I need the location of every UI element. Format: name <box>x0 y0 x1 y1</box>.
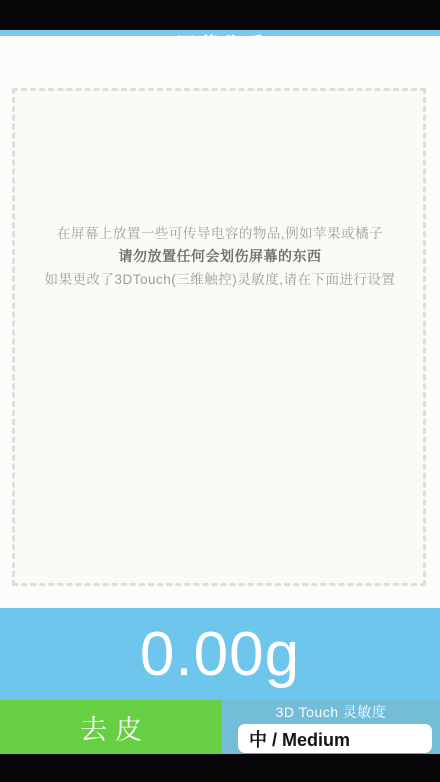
sensitivity-selected-value: 中 / Medium <box>249 726 350 752</box>
tare-button[interactable]: 去皮 <box>0 700 222 754</box>
instructions: 在屏幕上放置一些可传导电容的物品,例如苹果或橘子 请勿放置任何会划伤屏幕的东西 … <box>0 222 440 291</box>
sensitivity-panel: 3D Touch 灵敏度 中 / Medium <box>222 700 440 754</box>
weight-display-section: 0.00g <box>0 608 440 700</box>
bottom-toolbar: 去皮 3D Touch 灵敏度 中 / Medium <box>0 700 440 754</box>
tare-button-label: 去皮 <box>72 708 150 747</box>
sensitivity-label: 3D Touch 灵敏度 <box>222 703 440 722</box>
bottom-black-bar <box>0 754 440 782</box>
sensitivity-select[interactable]: 中 / Medium <box>238 724 432 753</box>
screen-weighing-app: 屏幕称重 在屏幕上放置一些可传导电容的物品,例如苹果或橘子 请勿放置任何会划伤屏… <box>0 0 440 782</box>
weight-value: 0.00g <box>140 619 300 690</box>
top-black-bar <box>0 0 440 30</box>
instruction-line-3: 如果更改了3DTouch(三维触控)灵敏度,请在下面进行设置 <box>0 268 440 291</box>
weighing-surface[interactable] <box>12 88 426 586</box>
instruction-line-1: 在屏幕上放置一些可传导电容的物品,例如苹果或橘子 <box>0 222 440 245</box>
main-area: 在屏幕上放置一些可传导电容的物品,例如苹果或橘子 请勿放置任何会划伤屏幕的东西 … <box>0 36 440 608</box>
instruction-line-2-warning: 请勿放置任何会划伤屏幕的东西 <box>0 245 440 268</box>
